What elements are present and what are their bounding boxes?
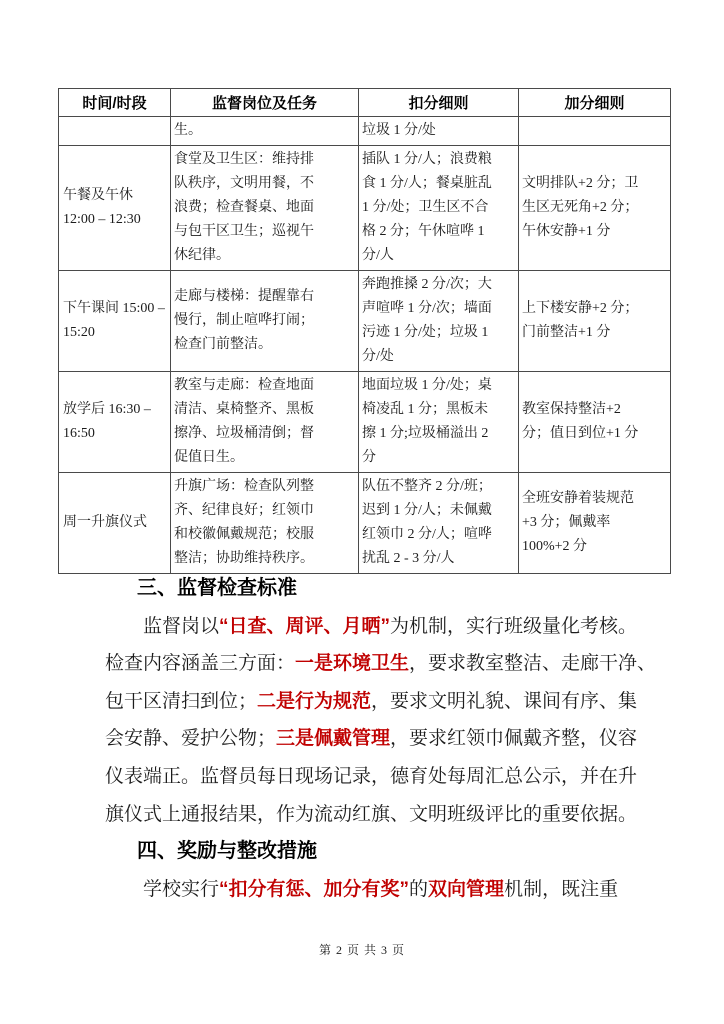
highlighted-text: 一是环境卫生 xyxy=(295,653,409,674)
page-number: 第 2 页 共 3 页 xyxy=(319,943,405,957)
cell-deduction: 地面垃圾 1 分/处；桌 椅凌乱 1 分；黑板未 擦 1 分;垃圾桶溢出 2 分 xyxy=(359,372,519,473)
cell-time: 下午课间 15:00 – 15:20 xyxy=(59,271,171,372)
body-text-segment: ，要求文明礼貌、课间有序、集 xyxy=(371,691,637,712)
cell-bonus: 教室保持整洁+2 分；值日到位+1 分 xyxy=(519,372,671,473)
cell-time: 午餐及午休 12:00 – 12:30 xyxy=(59,146,171,271)
body-line: 检查内容涵盖三方面：一是环境卫生，要求教室整洁、走廊干净、 xyxy=(105,645,665,683)
cell-deduction: 插队 1 分/人；浪费粮 食 1 分/人；餐桌脏乱 1 分/处；卫生区不合 格 … xyxy=(359,146,519,271)
cell-deduction: 队伍不整齐 2 分/班； 迟到 1 分/人；未佩戴 红领巾 2 分/人；喧哗 扰… xyxy=(359,473,519,574)
col-header-time: 时间/时段 xyxy=(59,89,171,117)
cell-task: 生。 xyxy=(171,117,359,146)
section-heading: 四、奖励与整改措施 xyxy=(105,833,665,871)
table-row: 午餐及午休 12:00 – 12:30食堂及卫生区：维持排 队秩序，文明用餐，不… xyxy=(59,146,671,271)
body-text-segment: 检查内容涵盖三方面： xyxy=(105,653,295,674)
body-line: 仪表端正。监督员每日现场记录，德育处每周汇总公示，并在升 xyxy=(105,758,665,796)
cell-deduction: 垃圾 1 分/处 xyxy=(359,117,519,146)
table-header-row: 时间/时段 监督岗位及任务 扣分细则 加分细则 xyxy=(59,89,671,117)
body-text-segment: 为机制，实行班级量化考核。 xyxy=(390,616,637,637)
body-text-segment: 包干区清扫到位； xyxy=(105,691,257,712)
body-text-segment: 会安静、爱护公物； xyxy=(105,728,276,749)
body-text-segment: 学校实行 xyxy=(143,879,219,900)
body-text-segment: ，要求教室整洁、走廊干净、 xyxy=(409,653,656,674)
highlighted-text: “日查、周评、月晒” xyxy=(219,616,390,637)
table-row: 周一升旗仪式升旗广场：检查队列整 齐、纪律良好；红领巾 和校徽佩戴规范；校服 整… xyxy=(59,473,671,574)
section-heading: 三、监督检查标准 xyxy=(105,570,665,608)
body-text-segment: 监督岗以 xyxy=(143,616,219,637)
cell-task: 升旗广场：检查队列整 齐、纪律良好；红领巾 和校徽佩戴规范；校服 整洁；协助维持… xyxy=(171,473,359,574)
cell-time xyxy=(59,117,171,146)
body-line: 监督岗以“日查、周评、月晒”为机制，实行班级量化考核。 xyxy=(105,608,665,646)
body-text: 三、监督检查标准监督岗以“日查、周评、月晒”为机制，实行班级量化考核。检查内容涵… xyxy=(105,570,665,908)
body-line: 学校实行“扣分有惩、加分有奖”的双向管理机制，既注重 xyxy=(105,871,665,909)
cell-task: 食堂及卫生区：维持排 队秩序，文明用餐，不 浪费；检查餐桌、地面 与包干区卫生；… xyxy=(171,146,359,271)
cell-deduction: 奔跑推搡 2 分/次；大 声喧哗 1 分/次；墙面 污迹 1 分/处；垃圾 1 … xyxy=(359,271,519,372)
cell-bonus: 文明排队+2 分；卫 生区无死角+2 分； 午休安静+1 分 xyxy=(519,146,671,271)
document-page: 时间/时段 监督岗位及任务 扣分细则 加分细则 生。垃圾 1 分/处午餐及午休 … xyxy=(0,0,724,1024)
body-text-segment: 旗仪式上通报结果，作为流动红旗、文明班级评比的重要依据。 xyxy=(105,804,637,825)
cell-time: 放学后 16:30 – 16:50 xyxy=(59,372,171,473)
body-line: 会安静、爱护公物；三是佩戴管理，要求红领巾佩戴齐整，仪容 xyxy=(105,720,665,758)
col-header-deduction: 扣分细则 xyxy=(359,89,519,117)
table-row: 放学后 16:30 – 16:50教室与走廊：检查地面 清洁、桌椅整齐、黑板 擦… xyxy=(59,372,671,473)
body-text-segment: ，要求红领巾佩戴齐整，仪容 xyxy=(390,728,637,749)
cell-task: 走廊与楼梯：提醒靠右 慢行，制止喧哗打闹； 检查门前整洁。 xyxy=(171,271,359,372)
table-row: 生。垃圾 1 分/处 xyxy=(59,117,671,146)
highlighted-text: 二是行为规范 xyxy=(257,691,371,712)
highlighted-text: 双向管理 xyxy=(428,879,504,900)
cell-task: 教室与走廊：检查地面 清洁、桌椅整齐、黑板 擦净、垃圾桶清倒；督 促值日生。 xyxy=(171,372,359,473)
highlighted-text: 三是佩戴管理 xyxy=(276,728,390,749)
col-header-bonus: 加分细则 xyxy=(519,89,671,117)
col-header-task: 监督岗位及任务 xyxy=(171,89,359,117)
body-text-segment: 四、奖励与整改措施 xyxy=(137,840,317,862)
body-text-segment: 三、监督检查标准 xyxy=(137,577,297,599)
page-footer: 第 2 页 共 3 页 xyxy=(0,941,724,958)
duty-score-table: 时间/时段 监督岗位及任务 扣分细则 加分细则 生。垃圾 1 分/处午餐及午休 … xyxy=(58,88,671,574)
body-line: 包干区清扫到位；二是行为规范，要求文明礼貌、课间有序、集 xyxy=(105,683,665,721)
cell-bonus xyxy=(519,117,671,146)
cell-bonus: 上下楼安静+2 分； 门前整洁+1 分 xyxy=(519,271,671,372)
body-text-segment: 仪表端正。监督员每日现场记录，德育处每周汇总公示，并在升 xyxy=(105,766,637,787)
cell-time: 周一升旗仪式 xyxy=(59,473,171,574)
body-text-segment: 机制，既注重 xyxy=(504,879,618,900)
highlighted-text: “扣分有惩、加分有奖” xyxy=(219,879,409,900)
score-table-body: 生。垃圾 1 分/处午餐及午休 12:00 – 12:30食堂及卫生区：维持排 … xyxy=(59,117,671,574)
body-line: 旗仪式上通报结果，作为流动红旗、文明班级评比的重要依据。 xyxy=(105,796,665,834)
table-row: 下午课间 15:00 – 15:20走廊与楼梯：提醒靠右 慢行，制止喧哗打闹； … xyxy=(59,271,671,372)
cell-bonus: 全班安静着装规范 +3 分；佩戴率 100%+2 分 xyxy=(519,473,671,574)
body-text-segment: 的 xyxy=(409,879,428,900)
